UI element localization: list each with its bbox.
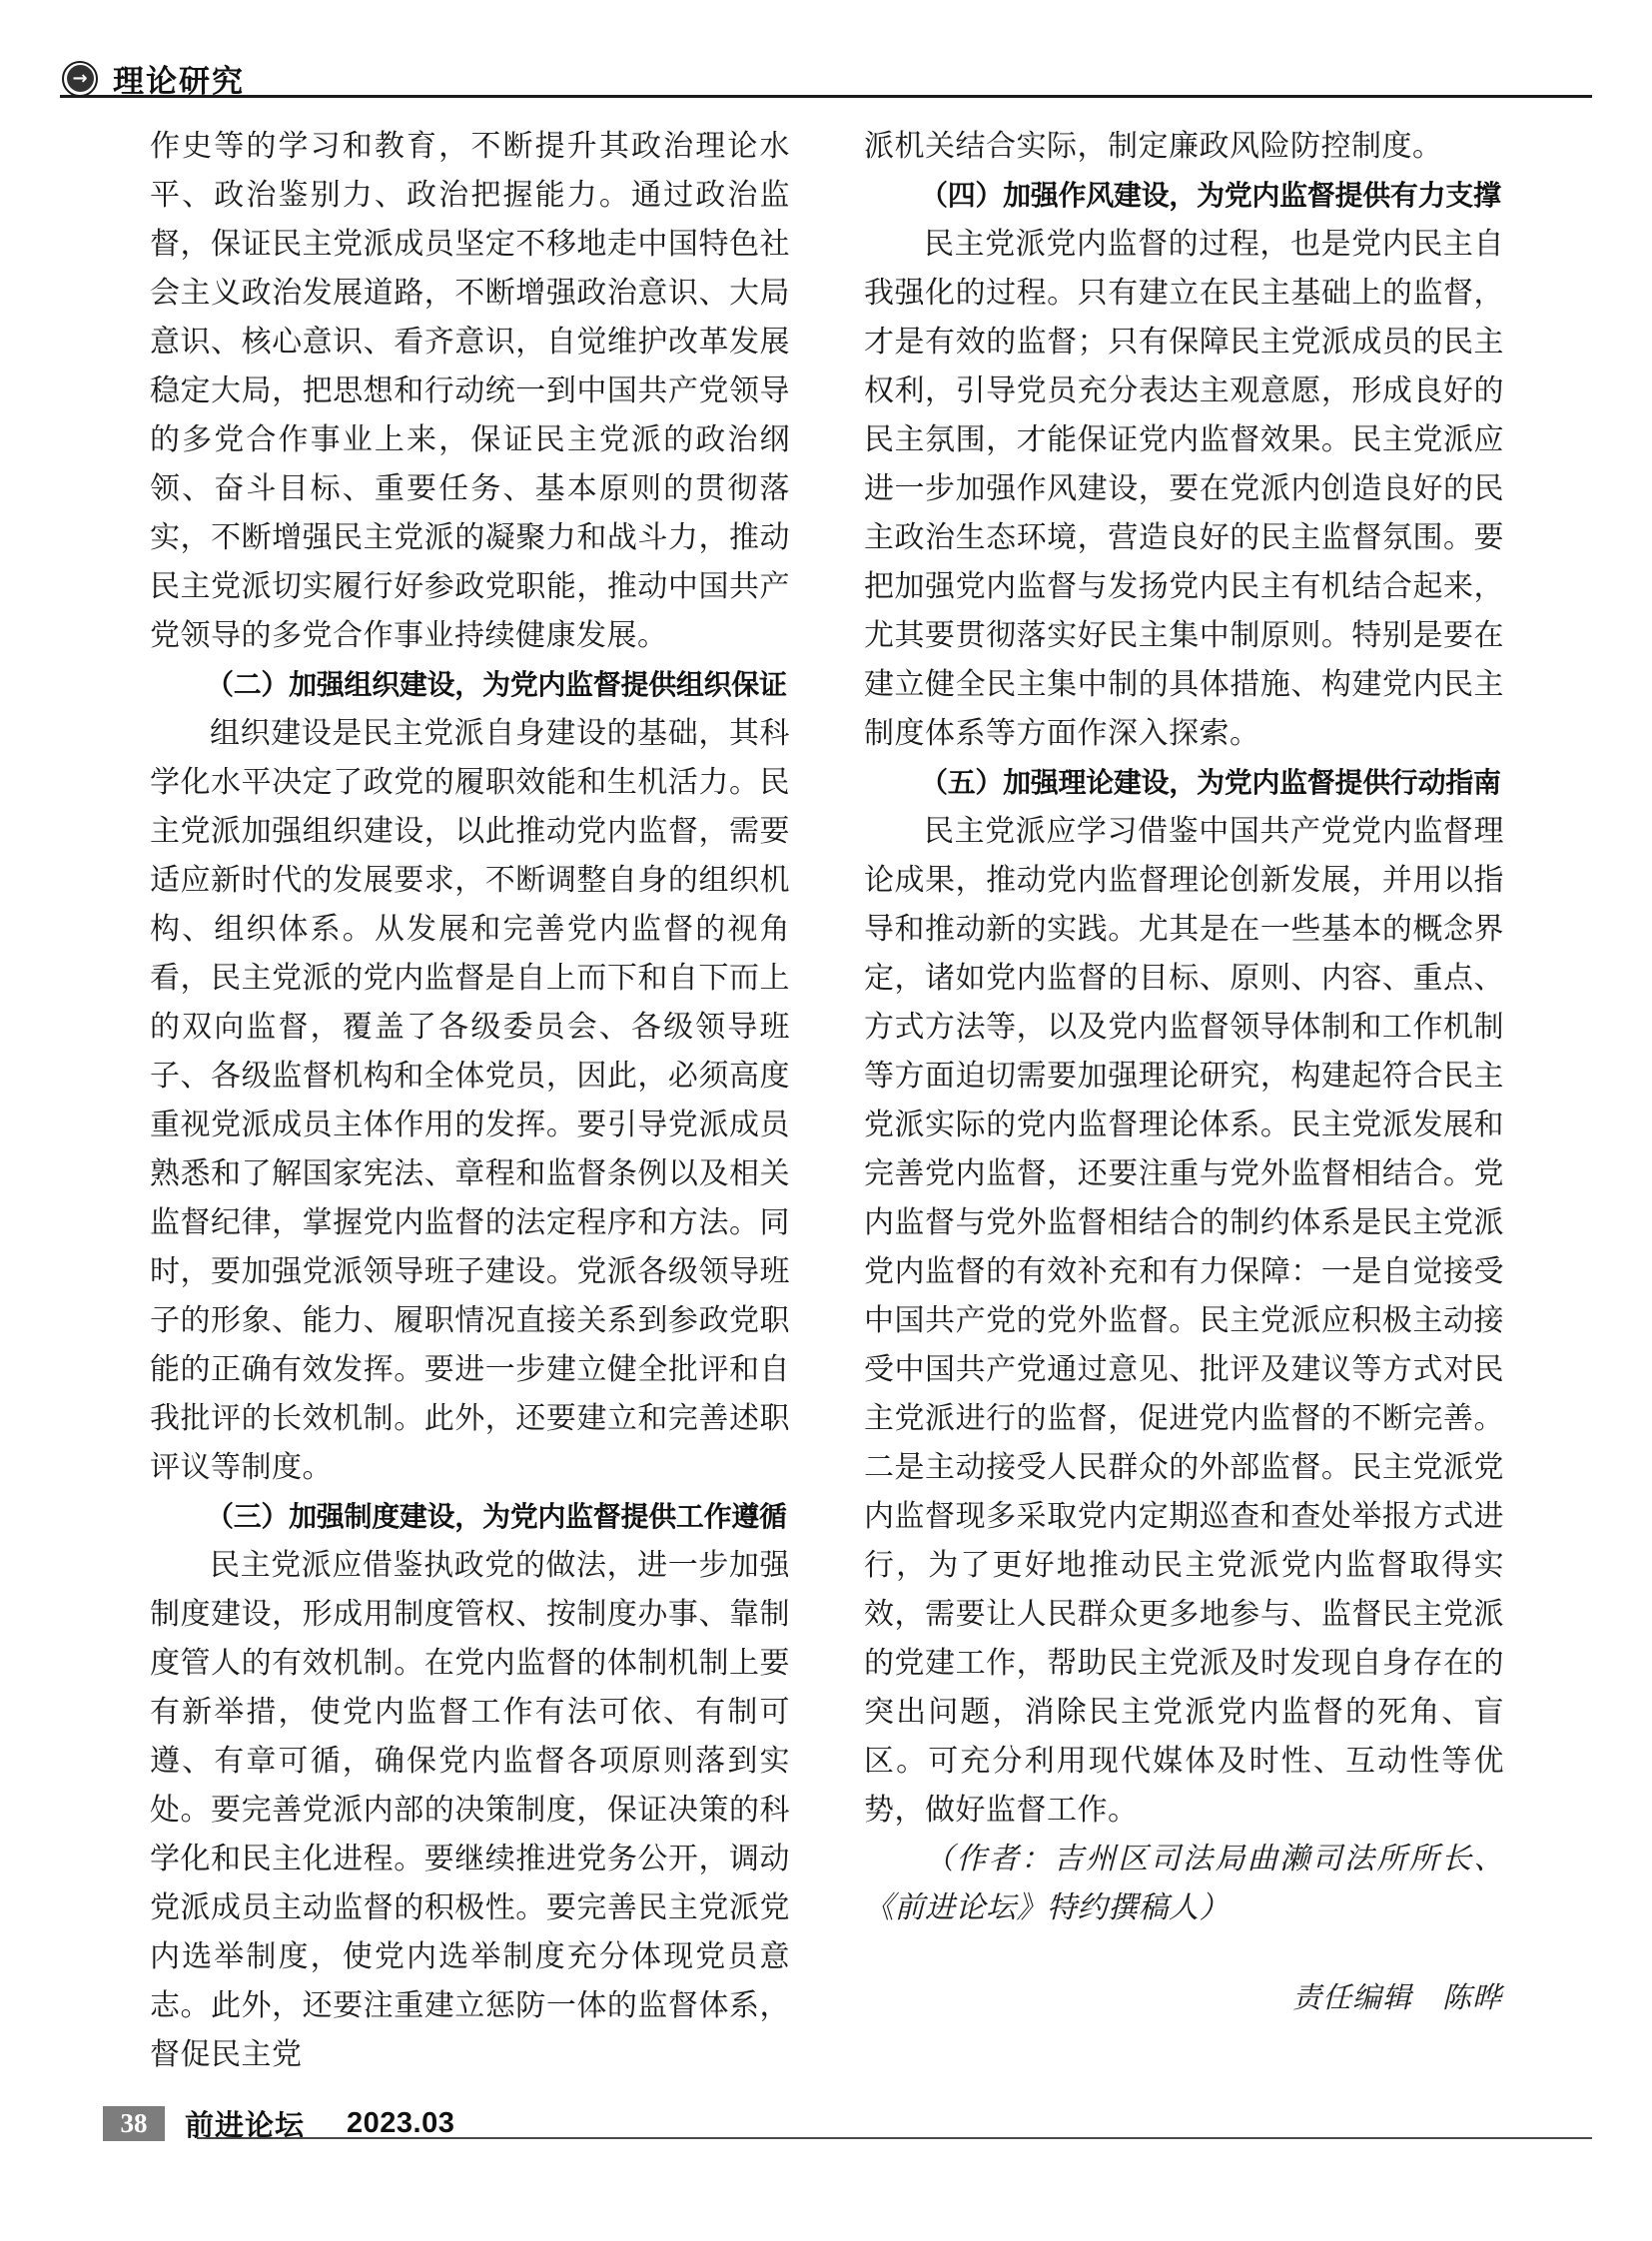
arrow-right-glyph: → bbox=[67, 65, 94, 92]
arrow-right-circle-icon: → bbox=[62, 61, 98, 97]
section-heading-2: （二）加强组织建设，为党内监督提供组织保证 bbox=[150, 660, 790, 709]
paragraph-continuation: 派机关结合实际，制定廉政风险防控制度。 bbox=[864, 122, 1504, 171]
section-heading-3: （三）加强制度建设，为党内监督提供工作遵循 bbox=[150, 1492, 790, 1541]
paragraph-continuation: 作史等的学习和教育，不断提升其政治理论水平、政治鉴别力、政治把握能力。通过政治监… bbox=[150, 122, 790, 660]
footer-divider bbox=[197, 2137, 1592, 2139]
editor-credit: 责任编辑 陈晔 bbox=[864, 1974, 1504, 2023]
header-divider bbox=[60, 95, 1592, 98]
paragraph: 民主党派应学习借鉴中国共产党党内监督理论成果，推动党内监督理论创新发展，并用以指… bbox=[864, 807, 1504, 1835]
section-heading-4: （四）加强作风建设，为党内监督提供有力支撑 bbox=[864, 171, 1504, 220]
paragraph: 组织建设是民主党派自身建设的基础，其科学化水平决定了政党的履职效能和生机活力。民… bbox=[150, 709, 790, 1492]
document-page: → 理论研究 作史等的学习和教育，不断提升其政治理论水平、政治鉴别力、政治把握能… bbox=[0, 0, 1652, 2241]
article-body: 作史等的学习和教育，不断提升其政治理论水平、政治鉴别力、政治把握能力。通过政治监… bbox=[150, 122, 1504, 2079]
issue-number: 2023.03 bbox=[347, 2107, 454, 2140]
paragraph: 民主党派应借鉴执政党的做法，进一步加强制度建设，形成用制度管权、按制度办事、靠制… bbox=[150, 1541, 790, 2079]
author-note: （作者：吉州区司法局曲濑司法所所长、《前进论坛》特约撰稿人） bbox=[864, 1835, 1504, 1932]
page-footer: 38 前进论坛 2023.03 bbox=[103, 2103, 1592, 2143]
page-number-badge: 38 bbox=[103, 2106, 165, 2141]
right-column: 派机关结合实际，制定廉政风险防控制度。 （四）加强作风建设，为党内监督提供有力支… bbox=[864, 122, 1504, 2079]
left-column: 作史等的学习和教育，不断提升其政治理论水平、政治鉴别力、政治把握能力。通过政治监… bbox=[150, 122, 790, 2079]
paragraph: 民主党派党内监督的过程，也是党内民主自我强化的过程。只有建立在民主基础上的监督，… bbox=[864, 220, 1504, 758]
section-heading-5: （五）加强理论建设，为党内监督提供行动指南 bbox=[864, 758, 1504, 807]
